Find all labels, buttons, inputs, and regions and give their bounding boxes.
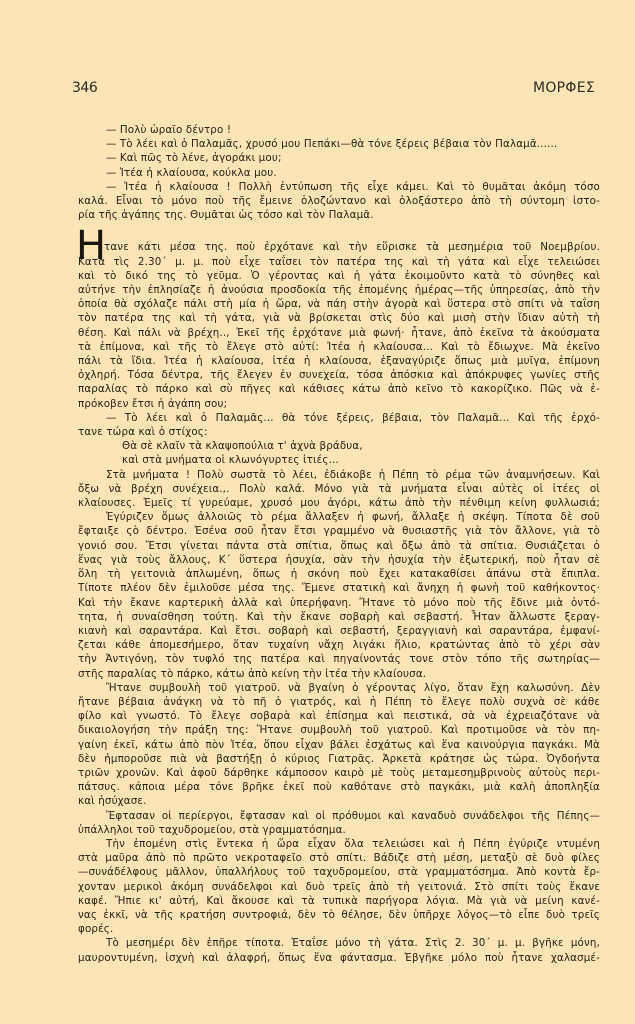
dialogue-line: — Καὶ πῶς τὸ λένε, ἀγοράκι μου; [78,151,600,165]
text-line: Κατὰ τὶς 2.30΄ μ. μ. ποὺ εἶχε ταΐσει τὸν… [78,255,600,269]
text-line: Ἤτανε συμβουλὴ τοῦ γιατροῦ. νὰ βγαίνη ὁ … [78,681,600,695]
text-line: ὄξω νὰ βρέχη συνέχεια.,. Πολὺ καλά. Μόνο… [78,482,600,496]
text-line: ἔφταιξε ςὸ δέντρο. Ἐσένα σοῦ ἦταν ἔτσι γ… [78,524,600,538]
text-line: φίλο καὶ γνωστό. Τὸ ἔλεγε σοβαρὰ καὶ ἐπί… [78,709,600,723]
text-line: θέση. Καὶ πάλι νὰ βρέχη.., Ἐκεῖ τῆς ἐρχό… [78,326,600,340]
text-line: δικαιολογήση τὴν πράξη της: Ἤτανε συμβου… [78,723,600,737]
dialogue-line: — Πολὺ ὡραῖο δέντρο ! [78,123,600,137]
text-line: τριῶν χρονῶν. Καὶ ἀφοῦ δάρθηκε κάμποσον … [78,766,600,780]
verse-line: Θὰ σὲ κλαῖν τὰ κλαψοπούλια τ' ἀχνὰ βράδυ… [78,439,600,453]
text-line: καὶ τὸ δικό της τὸ γεῦμα. Ὁ γέροντας καὶ… [78,269,600,283]
verse-quote: Θὰ σὲ κλαῖν τὰ κλαψοπούλια τ' ἀχνὰ βράδυ… [78,439,600,467]
text-line: Καὶ τὴν ἔκανε καρτερικὴ ἀλλὰ καὶ ὑπερήφα… [78,596,600,610]
paragraph: Στὰ μνήματα ! Πολὺ σωστὰ τὸ λέει, ἐδιάκο… [78,468,600,511]
text-line: τὸν πατέρα της καὶ τὴ γάτα, γιὰ νὰ βρίσκ… [78,311,600,325]
magazine-page: 346 ΜΟΡΦΕΣ — Πολὺ ὡραῖο δέντρο ! — Τὸ λέ… [0,0,635,1024]
text-line: τητα, ἡ συναίσθηση τούτη. Καὶ τὴν ἔκανε … [78,610,600,624]
page-header: 346 ΜΟΡΦΕΣ [72,80,595,100]
paragraph-dropcap: Η τανε κάτι μέσα της. ποὺ ἐρχότανε καὶ τ… [78,240,600,410]
verse-line: καὶ στὰ μνήματα οἱ κλωνόγυρτες ἰτιές... [78,453,600,467]
text-line: φορές. [78,922,600,936]
text-line: κλαίουσες. Ἐμεῖς τί γυρεύαμε, χρυσό μου … [78,496,600,510]
page-number: 346 [72,80,97,96]
text-line: νας ἐκκῖ, νὰ τῆς κρατήση συντροφιά, δὲν … [78,908,600,922]
paragraph: Ἐγύριζεν ὅμως ἀλλοιῶς τὸ ρέμα ἄλλαξεν ἡ … [78,510,600,680]
text-line: τὴν Ἀντιγόνη, τὸν τυφλό της πατέρα καὶ π… [78,652,600,666]
text-line: αὐτήνε τὴν ἐπλησίαζε ἡ ἀνούσια προσδοκία… [78,283,600,297]
paragraph: Ἤτανε συμβουλὴ τοῦ γιατροῦ. νὰ βγαίνη ὁ … [78,681,600,809]
text-line: ὀχληρή. Τόσα δέντρα, τῆς ἔλεγεν ἐν συνεχ… [78,368,600,382]
text-line: χονταν μερικοὶ ἀκόμη συνάδελφοι καὶ δυὸ … [78,880,600,894]
text-line: ὁποία θὰ σχόλαζε πάλι στὴ μία ἡ ὥρα, νὰ … [78,297,600,311]
text-line: Στὰ μνήματα ! Πολὺ σωστὰ τὸ λέει, ἐδιάκο… [78,468,600,482]
text-line: —συνάδέλφους μᾶλλον, ὑπαλλήλους τοῦ ταχυ… [78,865,600,879]
text-line: γονιό σου. Ἔτσι γίνεται πάντα στὰ σπίτια… [78,539,600,553]
article-body: — Πολὺ ὡραῖο δέντρο ! — Τὸ λέει καὶ ὁ Πα… [78,123,600,965]
text-line: Ἔφτασαν οἱ περίεργοι, ἔφτασαν καὶ οἱ πρό… [78,809,600,823]
text-line: τὰ ἐπίμονα, καὶ τῆς τὸ ἔλεγε στὸ αὐτί: Ἰ… [78,340,600,354]
text-line: πάλι τὰ ἴδια. Ἰτέα ἡ κλαίουσα, ἰτέα ἡ κλ… [78,354,600,368]
text-line: — Ἰτέα ἡ κλαίουσα ! Πολλὴ ἐντύπωση τῆς ε… [78,180,600,194]
text-line: πρόκοβεν ἔτσι ἡ ἀγάπη σου; [78,397,600,411]
text-line: Ἐγύριζεν ὅμως ἀλλοιῶς τὸ ρέμα ἄλλαξεν ἡ … [78,510,600,524]
paragraph: Τὴν ἐπομένη στὶς ἕντεκα ἡ ὥρα εἶχαν ὅλα … [78,837,600,936]
text-line: Τὸ μεσημέρι δὲν ἐπῆρε τίποτα. Ἐταΐσε μόν… [78,936,600,950]
text-line: Τίποτε πλέον δὲν ἐμιλοῦσε μέσα της. Ἔμεν… [78,581,600,595]
text-line: Τὴν ἐπομένη στὶς ἕντεκα ἡ ὥρα εἶχαν ὅλα … [78,837,600,851]
text-line: ἤτανε βέβαια ἀνάγκη νὰ τὸ πῆ ὁ γιατρός, … [78,695,600,709]
text-line: τανε κάτι μέσα της. ποὺ ἐρχότανε καὶ τὴν… [78,240,600,254]
text-line: ζεται κάθε ἀπομεσήμερο, ὅταν τυχαίνη νἄχ… [78,638,600,652]
paragraph: — Τὸ λέει καὶ ὁ Παλαμᾶς... θὰ τόνε ξέρει… [78,411,600,439]
text-line: κιανὴ καὶ σαραντάρα. Καὶ ἔτσι. σοβαρὴ κα… [78,624,600,638]
text-line: ὅλη τὴ γειτονιὰ ἁπλωμένη, ὅπως ἡ σκόνη π… [78,567,600,581]
paragraph: Τὸ μεσημέρι δὲν ἐπῆρε τίποτα. Ἐταΐσε μόν… [78,936,600,964]
text-line: τανε τώρα καὶ ὁ στίχος: [78,425,600,439]
text-line: καὶ ἡσύχασε. [78,794,600,808]
text-line: γαίνη ἐκεῖ, κάτω ἀπὸ πὸν Ἰτέα, ὅπου εἶχα… [78,738,600,752]
text-line: στὰ μαῦρα ἀπὸ πὸ πρῶτο νεκροταφεῖο στὸ σ… [78,851,600,865]
drop-cap: Η [76,226,106,266]
dialogue-block: — Πολὺ ὡραῖο δέντρο ! — Τὸ λέει καὶ ὁ Πα… [78,123,600,180]
text-line: — Τὸ λέει καὶ ὁ Παλαμᾶς... θὰ τόνε ξέρει… [78,411,600,425]
text-line: στῆς παραλίας τὸ πάρκο, κάτω ἀπὸ κείνη τ… [78,667,600,681]
text-line: ὑπάλληλοι τοῦ ταχυδρομείου, στὰ γραμματό… [78,823,600,837]
paragraph: Ἔφτασαν οἱ περίεργοι, ἔφτασαν καὶ οἱ πρό… [78,809,600,837]
text-line: ρία τῆς ἀγάπης της. Θυμᾶται ὡς τόσο καὶ … [78,208,600,222]
text-line: πάτσυς. κάποια μέρα τόνε βρῆκε ἐκεῖ ποὺ … [78,780,600,794]
text-line: καφέ. Ἤπιε κι' αὐτή, Καὶ ἄκουσε καὶ τὰ τ… [78,894,600,908]
text-line: μαυροντυμένη, ἰσχνὴ καὶ ἀλαφρή, ὅπως ἕνα… [78,951,600,965]
paragraph: — Ἰτέα ἡ κλαίουσα ! Πολλὴ ἐντύπωση τῆς ε… [78,180,600,223]
dialogue-line: — Τὸ λέει καὶ ὁ Παλαμᾶς, χρυσό μου Πεπάκ… [78,137,600,151]
text-line: δὲν ἠμποροῦσε πιὰ νὰ βαστήξῃ ὁ κύριος Γι… [78,752,600,766]
text-line: ἕνας γιὰ τοὺς ἄλλους, Κ΄ ὕστερα ἡσυχία, … [78,553,600,567]
dialogue-line: — Ἰτέα ἡ κλαίουσα, κούκλα μου. [78,166,600,180]
running-title: ΜΟΡΦΕΣ [533,80,595,96]
text-line: παραλίας τὸ πάρκο καὶ σὺ πῆγες καὶ κάθισ… [78,382,600,396]
text-line: καλά. Εἶναι τὸ μόνο ποὺ τῆς ἔμεινε ὁλοζώ… [78,194,600,208]
